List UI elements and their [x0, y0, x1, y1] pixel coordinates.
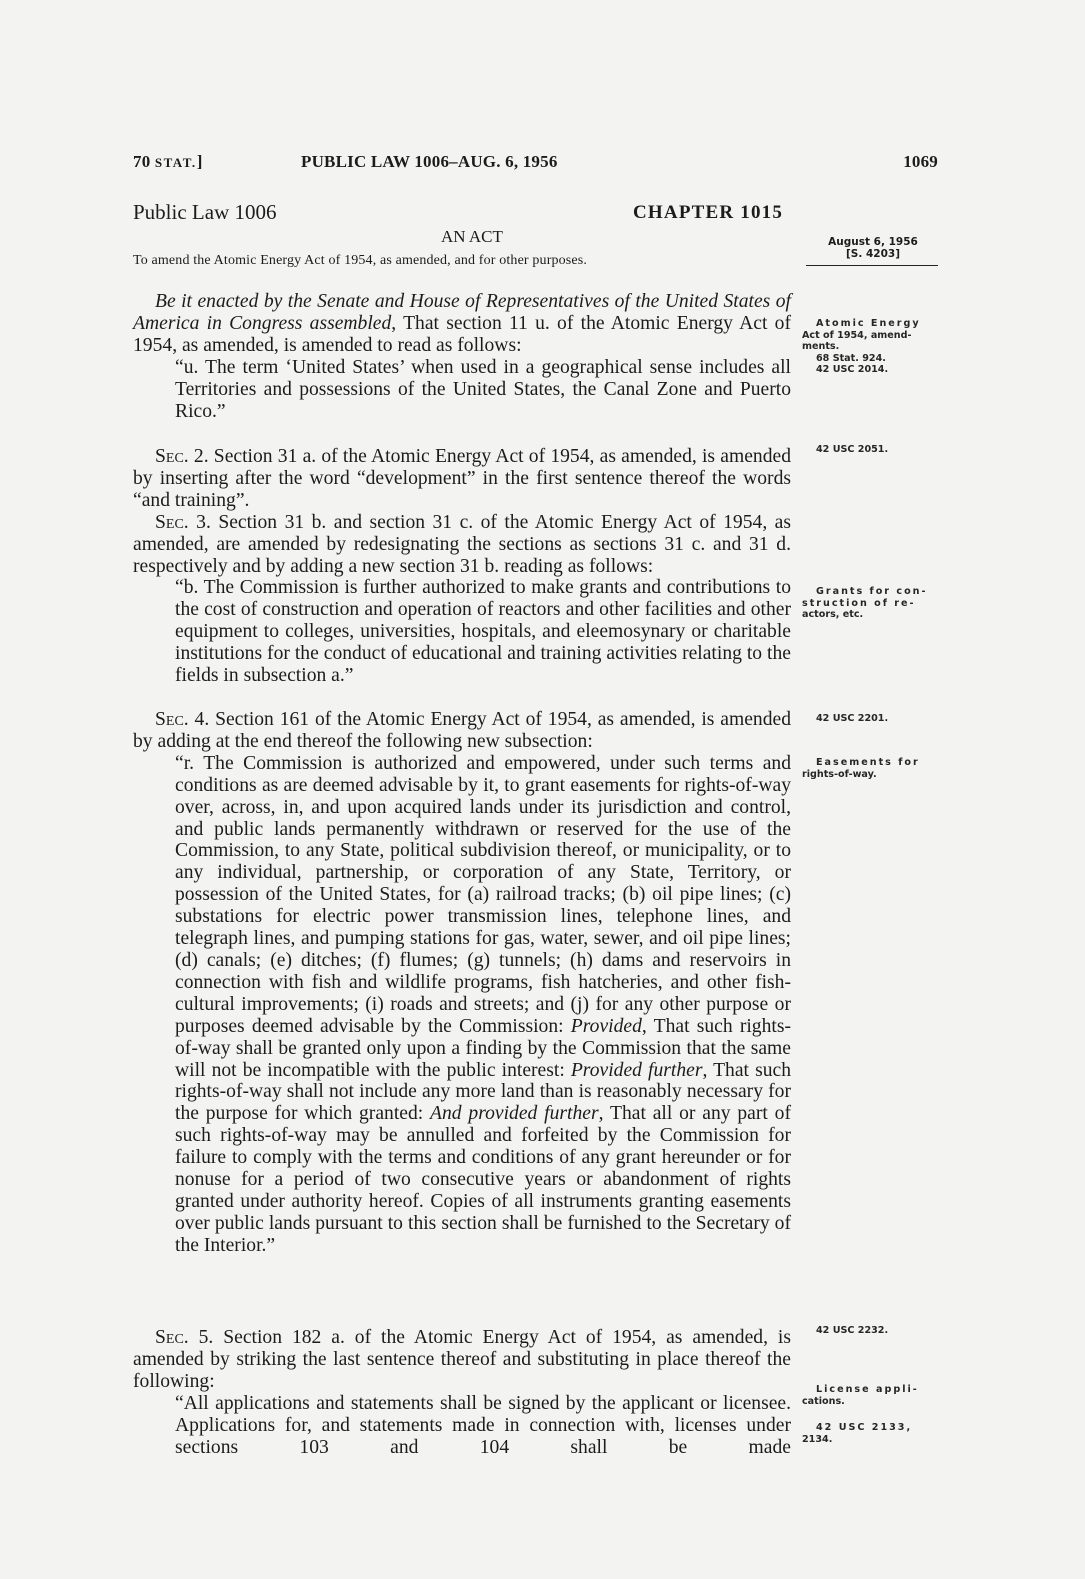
volume-abbr: Stat. [155, 155, 197, 170]
margin-note-line: 42 USC 2133, [802, 1422, 942, 1434]
bill-number: [S. 4203] [808, 248, 938, 260]
enactment-date-note: August 6, 1956 [S. 4203] [808, 236, 938, 260]
quote-r-part-1: “r. The Commission is authorized and emp… [175, 753, 791, 1037]
margin-note-line: rights-of-way. [802, 769, 942, 781]
section-4-block: Sec. 4. Section 161 of the Atomic Energy… [133, 709, 791, 1257]
margin-note-license: License appli- cations. [802, 1384, 942, 1407]
margin-note-line: actors, etc. [802, 609, 942, 621]
quote-license-applications: “All applications and statements shall b… [133, 1393, 791, 1459]
quote-r-part-4: , That all or any part of such rights-of… [175, 1103, 791, 1255]
document-page: 70 Stat.] PUBLIC LAW 1006–AUG. 6, 1956 1… [0, 0, 1085, 1579]
margin-note-line: ments. [802, 341, 942, 353]
margin-note-usc-2201: 42 USC 2201. [802, 713, 942, 725]
margin-note-atomic-energy: Atomic Energy Act of 1954, amend- ments.… [802, 318, 942, 376]
section-4-text: Section 161 of the Atomic Energy Act of … [133, 709, 791, 752]
margin-note-line: 42 USC 2051. [802, 444, 942, 456]
section-3-label: Sec. 3. [155, 512, 211, 533]
margin-note-line: Atomic Energy [802, 318, 942, 330]
margin-note-line: Grants for con- [802, 586, 942, 598]
section-5-block: Sec. 5. Section 182 a. of the Atomic Ene… [133, 1327, 791, 1458]
quote-subsection-r: “r. The Commission is authorized and emp… [133, 753, 791, 1257]
volume-number: 70 [133, 152, 150, 171]
enacting-clause: Be it enacted by the Senate and House of… [133, 291, 791, 357]
margin-note-line: 2134. [802, 1434, 942, 1446]
proviso-and-provided-further: And provided further [430, 1103, 599, 1124]
section-5-text: Section 182 a. of the Atomic Energy Act … [133, 1327, 791, 1392]
public-law-label: Public Law 1006 [133, 200, 276, 225]
quote-subsection-b: “b. The Commission is further authorized… [133, 577, 791, 687]
sections-2-3-block: Sec. 2. Section 31 a. of the Atomic Ener… [133, 446, 791, 687]
margin-note-grants: Grants for con- struction of re- actors,… [802, 586, 942, 621]
section-5-label: Sec. 5. [155, 1327, 213, 1348]
margin-note-usc-2232: 42 USC 2232. [802, 1325, 942, 1337]
margin-note-easements: Easements for rights-of-way. [802, 757, 942, 780]
page-number: 1069 [903, 152, 938, 172]
margin-note-line: 42 USC 2014. [802, 364, 942, 376]
volume-bracket: ] [197, 152, 203, 171]
enactment-date: August 6, 1956 [808, 236, 938, 248]
section-2: Sec. 2. Section 31 a. of the Atomic Ener… [133, 446, 791, 512]
margin-note-usc-2133: 42 USC 2133, 2134. [802, 1422, 942, 1445]
section-2-text: Section 31 a. of the Atomic Energy Act o… [133, 446, 791, 511]
margin-note-line: Act of 1954, amend- [802, 330, 942, 342]
quote-subsection-u: “u. The term ‘United States’ when used i… [133, 357, 791, 423]
act-purpose: To amend the Atomic Energy Act of 1954, … [133, 253, 587, 269]
date-rule-divider [806, 265, 938, 266]
enacting-clause-block: Be it enacted by the Senate and House of… [133, 291, 791, 422]
margin-note-line: 42 USC 2201. [802, 713, 942, 725]
chapter-label: CHAPTER 1015 [633, 202, 783, 224]
margin-note-line: License appli- [802, 1384, 942, 1396]
an-act-heading: AN ACT [441, 227, 503, 247]
section-4: Sec. 4. Section 161 of the Atomic Energy… [133, 709, 791, 753]
section-5: Sec. 5. Section 182 a. of the Atomic Ene… [133, 1327, 791, 1393]
margin-note-line: struction of re- [802, 598, 942, 610]
running-title: PUBLIC LAW 1006–AUG. 6, 1956 [301, 152, 558, 172]
section-2-label: Sec. 2. [155, 446, 209, 467]
volume-citation: 70 Stat.] [133, 152, 203, 172]
proviso-provided: Provided [571, 1016, 642, 1037]
margin-note-line: cations. [802, 1396, 942, 1408]
margin-note-usc-2051: 42 USC 2051. [802, 444, 942, 456]
margin-note-line: 68 Stat. 924. [802, 353, 942, 365]
margin-note-line: Easements for [802, 757, 942, 769]
margin-note-line: 42 USC 2232. [802, 1325, 942, 1337]
proviso-provided-further: Provided further [571, 1060, 703, 1081]
section-4-label: Sec. 4. [155, 709, 209, 730]
section-3: Sec. 3. Section 31 b. and section 31 c. … [133, 512, 791, 578]
running-head: 70 Stat.] PUBLIC LAW 1006–AUG. 6, 1956 1… [133, 152, 938, 176]
section-3-text: Section 31 b. and section 31 c. of the A… [133, 512, 791, 577]
